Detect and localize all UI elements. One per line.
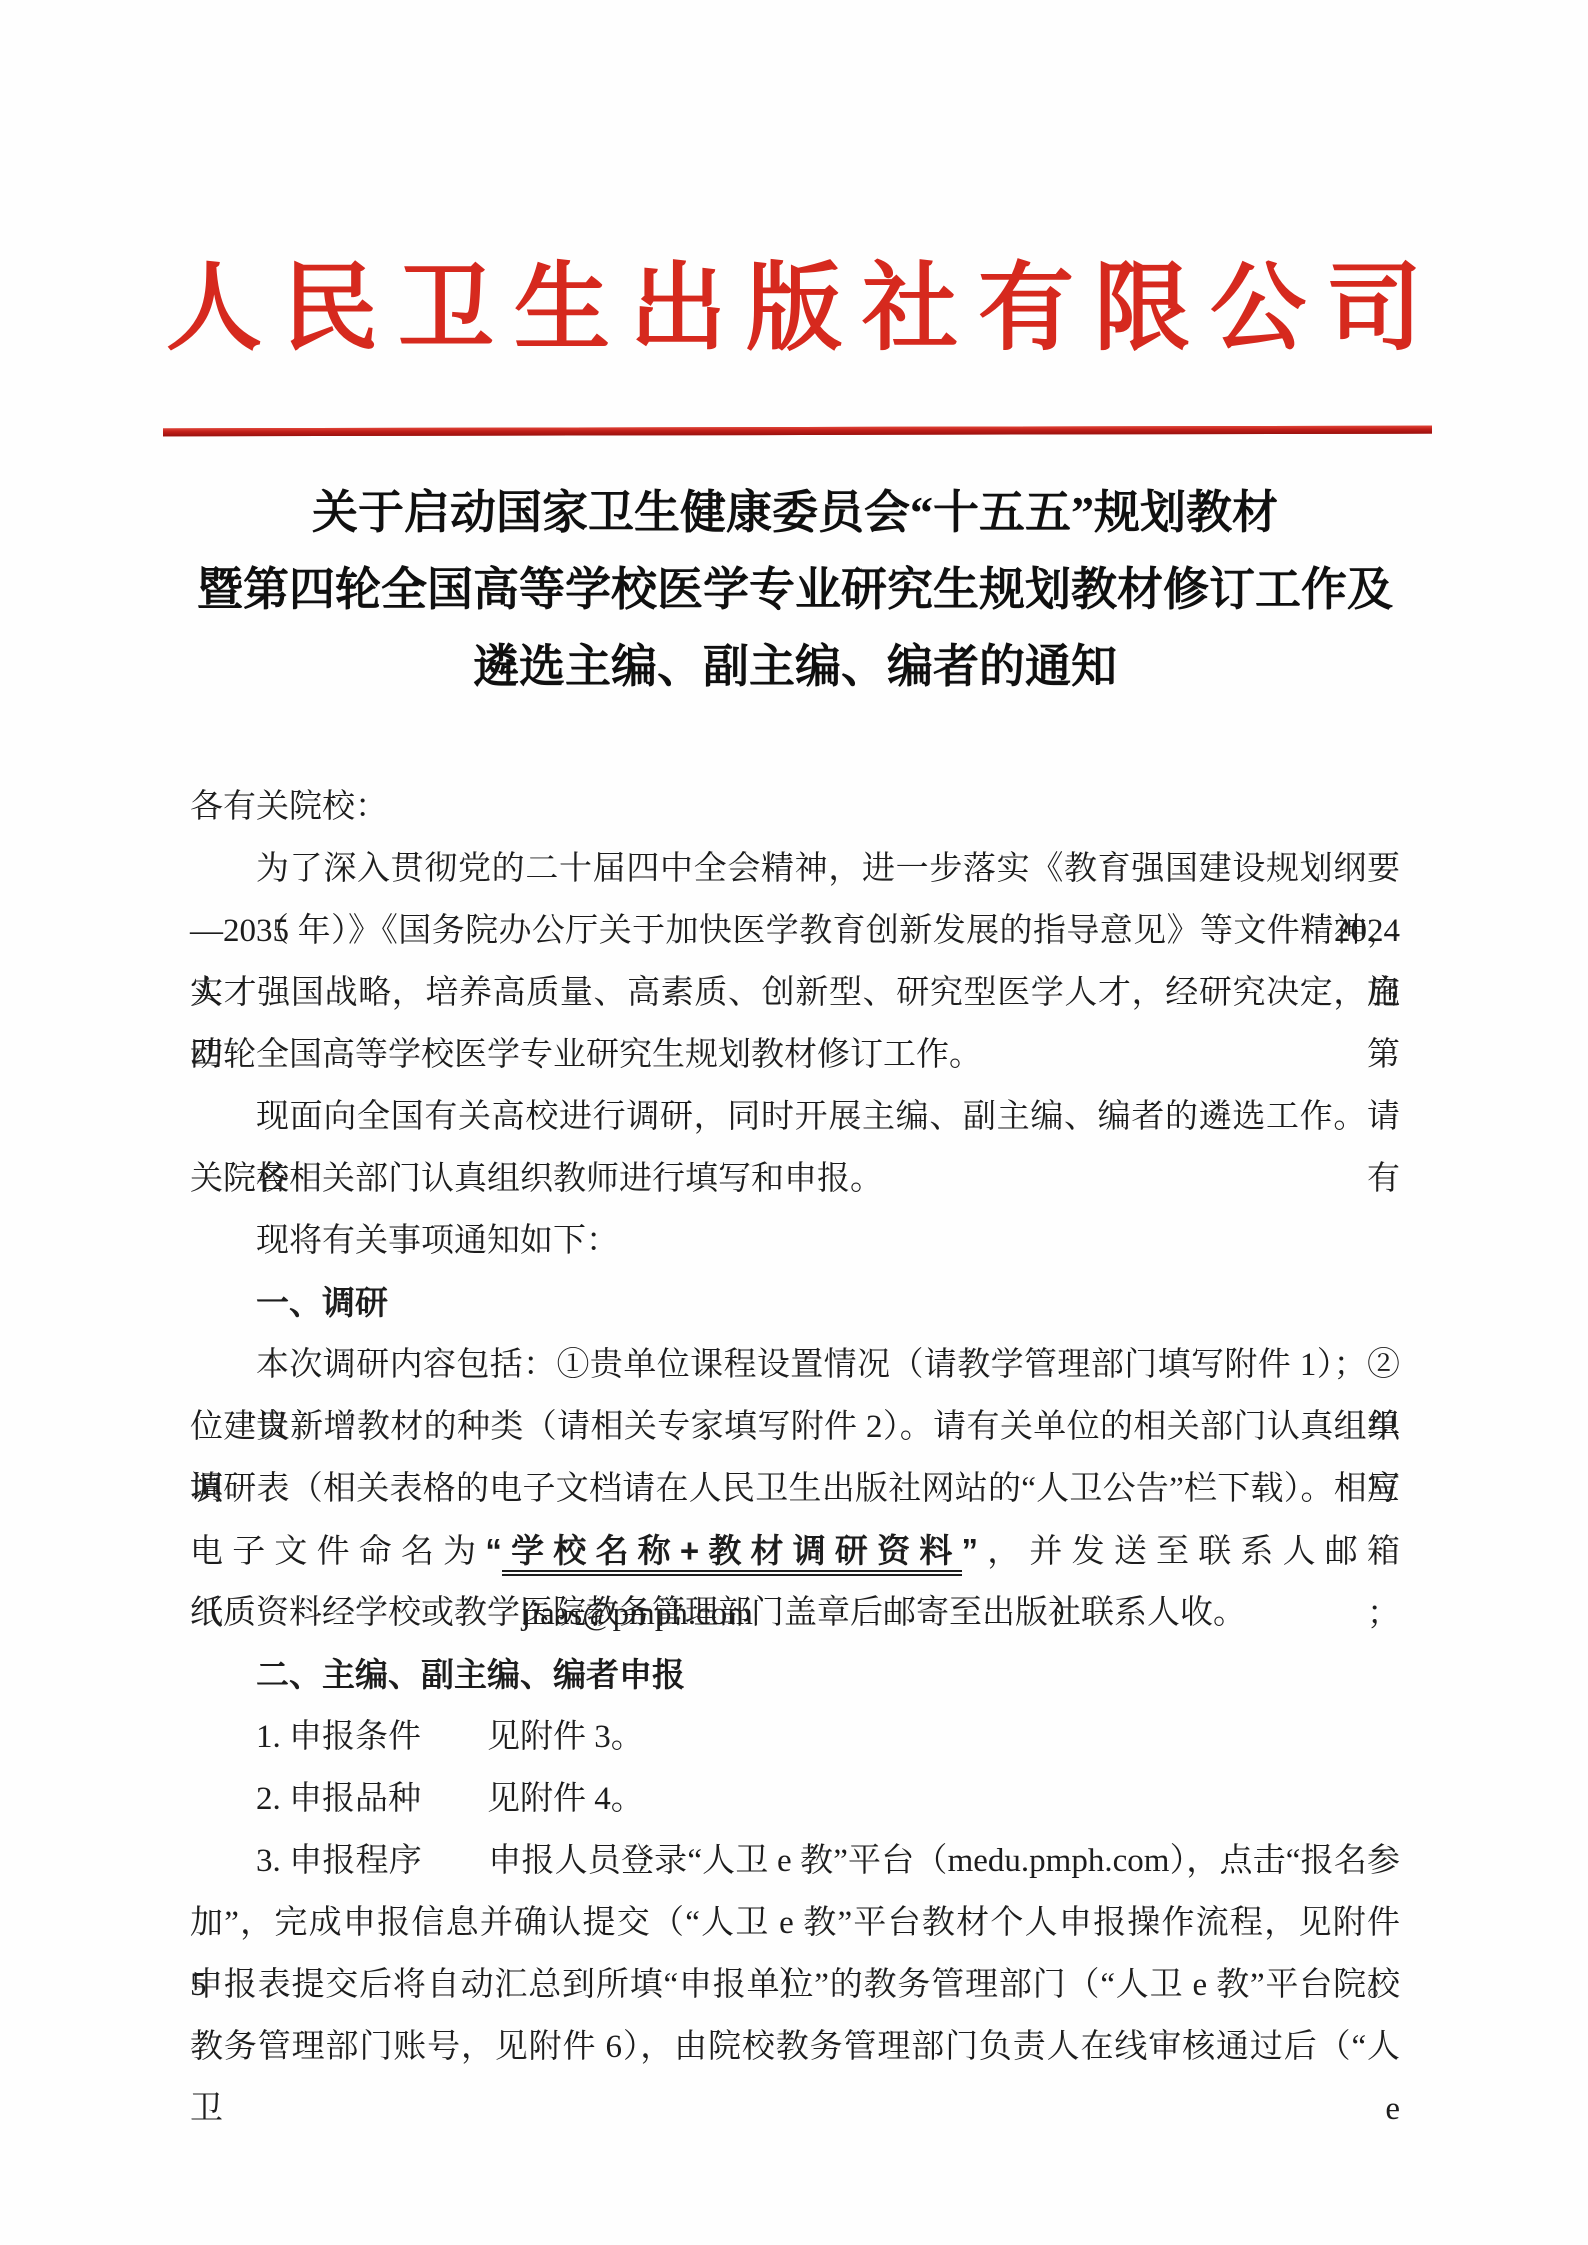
body-line: 3. 申报程序 申报人员登录“人卫 e 教”平台（medu.pmph.com），… bbox=[190, 1830, 1400, 1892]
body-line: 申报表提交后将自动汇总到所填“申报单位”的教务管理部门（“人卫 e 教”平台院校 bbox=[190, 1954, 1400, 2016]
body-line: 人才强国战略，培养高质量、高素质、创新型、研究型医学人才，经研究决定，启动第 bbox=[190, 962, 1400, 1024]
body-line: 调研表（相关表格的电子文档请在人民卫生出版社网站的“人卫公告”栏下载）。相应 bbox=[190, 1458, 1400, 1520]
filename-format-emphasis: 学校名称+教材调研资料 bbox=[502, 1532, 962, 1576]
notice-title-line-3: 遴选主编、副主编、编者的通知 bbox=[190, 628, 1400, 705]
letterhead-divider-rule bbox=[163, 426, 1432, 437]
body-section-heading: 二、主编、副主编、编者申报 bbox=[190, 1644, 1400, 1706]
body-line: 教务管理部门账号，见附件 6），由院校教务管理部门负责人在线审核通过后（“人卫 … bbox=[190, 2016, 1400, 2078]
body-line: 1. 申报条件 见附件 3。 bbox=[190, 1706, 1400, 1768]
company-letterhead: 人民卫生出版社有限公司 bbox=[0, 254, 1588, 364]
body-line: 各有关院校： bbox=[190, 776, 1400, 838]
body-line: 纸质资料经学校或教学医院教务管理部门盖章后邮寄至出版社联系人收。 bbox=[190, 1582, 1400, 1644]
body-line: 现面向全国有关高校进行调研，同时开展主编、副主编、编者的遴选工作。请各有 bbox=[190, 1086, 1400, 1148]
notice-body: 各有关院校：为了深入贯彻党的二十届四中全会精神，进一步落实《教育强国建设规划纲要… bbox=[190, 776, 1400, 2078]
notice-title: 关于启动国家卫生健康委员会“十五五”规划教材 暨第四轮全国高等学校医学专业研究生… bbox=[190, 474, 1400, 705]
notice-title-line-2: 暨第四轮全国高等学校医学专业研究生规划教材修订工作及 bbox=[190, 551, 1400, 628]
body-line: —2035 年）》《国务院办公厅关于加快医学教育创新发展的指导意见》等文件精神，… bbox=[190, 900, 1400, 962]
body-line: 位建议新增教材的种类（请相关专家填写附件 2）。请有关单位的相关部门认真组织填写 bbox=[190, 1396, 1400, 1458]
body-line: 电子文件命名为“学校名称+教材调研资料”，并发送至联系人邮箱（jiaas@pmp… bbox=[190, 1520, 1400, 1582]
body-line: 加”，完成申报信息并确认提交（“人卫 e 教”平台教材个人申报操作流程，见附件 … bbox=[190, 1892, 1400, 1954]
body-line: 本次调研内容包括：①贵单位课程设置情况（请教学管理部门填写附件 1）；②贵单 bbox=[190, 1334, 1400, 1396]
notice-title-line-1: 关于启动国家卫生健康委员会“十五五”规划教材 bbox=[190, 474, 1400, 551]
body-line: 为了深入贯彻党的二十届四中全会精神，进一步落实《教育强国建设规划纲要（2024 bbox=[190, 838, 1400, 900]
document-page: 人民卫生出版社有限公司 关于启动国家卫生健康委员会“十五五”规划教材 暨第四轮全… bbox=[0, 0, 1588, 2245]
body-line: 2. 申报品种 见附件 4。 bbox=[190, 1768, 1400, 1830]
body-line: 现将有关事项通知如下： bbox=[190, 1210, 1400, 1272]
body-section-heading: 一、调研 bbox=[190, 1272, 1400, 1334]
